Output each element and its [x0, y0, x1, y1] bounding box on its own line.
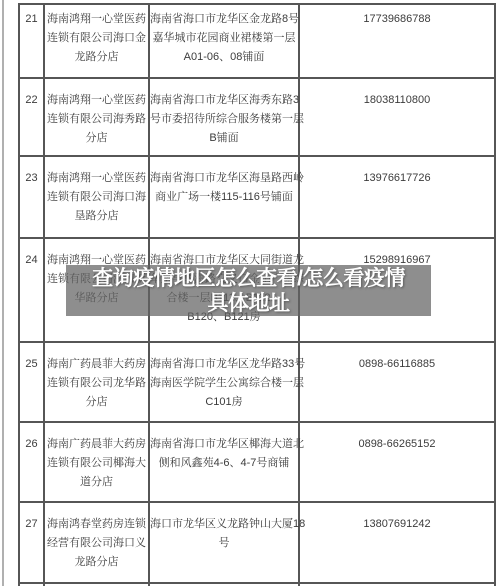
phone-cell: 13807691242 — [300, 503, 494, 582]
pharmacy-name-line: 海南鸿春堂药房连锁 — [45, 515, 148, 534]
row-number: 24 — [20, 251, 43, 270]
table-row: 27海南鸿春堂药房连锁经营有限公司海口义龙路分店海口市龙华区义龙路钟山大厦18号… — [20, 501, 494, 582]
pharmacy-name-line: 连锁有限公司龙华路 — [45, 374, 148, 393]
address-cell: 海口市龙华区义龙路钟山大厦18号 — [150, 503, 300, 582]
phone-number: 0898-66265152 — [300, 435, 494, 454]
address-line: 侧和风鑫苑4-6、4-7号商铺 — [150, 454, 298, 473]
address-line: 海南省海口市龙华区龙华路33号 — [150, 355, 298, 374]
row-number: 26 — [20, 435, 43, 454]
table-row: 22海南鸿翔一心堂医药连锁有限公司海秀路分店海南省海口市龙华区海秀东路3号市委招… — [20, 77, 494, 155]
address-cell: 海南省海口市龙华区龙华路33号海南医学院学生公寓综合楼一层C101房 — [150, 343, 300, 421]
pharmacy-name-line: 分店 — [45, 129, 148, 148]
address-line: 商业广场一楼115-116号铺面 — [150, 188, 298, 207]
address-line: 号市委招待所综合服务楼第一层 — [150, 110, 298, 129]
pharmacy-name-cell: 海南鸿翔一心堂医药连锁有限公司海秀路分店 — [45, 79, 150, 155]
phone-number: 0898-66116885 — [300, 355, 494, 374]
address-line: C101房 — [150, 393, 298, 412]
pharmacy-name-line: 分店 — [45, 393, 148, 412]
address-line: 海南省海口市龙华区海垦路西岭 — [150, 169, 298, 188]
pharmacy-name-line: 连锁有限公司海口金 — [45, 29, 148, 48]
phone-cell: 0898-66265152 — [300, 423, 494, 501]
row-number-cell: 27 — [20, 503, 45, 582]
pharmacy-name-line: 龙路分店 — [45, 48, 148, 67]
watermark-line1: 查询疫情地区怎么查看/怎么看疫情 — [66, 266, 431, 291]
row-number-cell: 25 — [20, 343, 45, 421]
pharmacy-name-line: 经营有限公司海口义 — [45, 534, 148, 553]
row-number: 25 — [20, 355, 43, 374]
pharmacy-name-cell: 海南鸿翔一心堂医药连锁有限公司海口金龙路分店 — [45, 5, 150, 77]
left-margin-line — [2, 0, 4, 586]
row-number: 27 — [20, 515, 43, 534]
pharmacy-name-line: 垦路分店 — [45, 207, 148, 226]
pharmacy-name-line: 连锁有限公司海口海 — [45, 188, 148, 207]
address-line: A01-06、08铺面 — [150, 48, 298, 67]
phone-cell: 13976617726 — [300, 157, 494, 237]
address-line: 嘉华城市花园商业裙楼第一层 — [150, 29, 298, 48]
pharmacy-name-cell: 海南广药晨菲大药房连锁有限公司椰海大道分店 — [45, 423, 150, 501]
pharmacy-name-line: 海南广药晨菲大药房 — [45, 435, 148, 454]
pharmacy-name-cell: 海南广药晨菲大药房连锁有限公司龙华路分店 — [45, 343, 150, 421]
table-row: 23海南鸿翔一心堂医药连锁有限公司海口海垦路分店海南省海口市龙华区海垦路西岭商业… — [20, 155, 494, 237]
address-line: 号 — [150, 534, 298, 553]
table-row: 26海南广药晨菲大药房连锁有限公司椰海大道分店海南省海口市龙华区椰海大道北侧和风… — [20, 421, 494, 501]
pharmacy-name-line: 海南鸿翔一心堂医药 — [45, 169, 148, 188]
row-number: 23 — [20, 169, 43, 188]
pharmacy-name-line: 龙路分店 — [45, 553, 148, 572]
phone-number: 13807691242 — [300, 515, 494, 534]
pharmacy-name-line: 海南鸿翔一心堂医药 — [45, 91, 148, 110]
watermark-overlay: 查询疫情地区怎么查看/怎么看疫情 具体地址 — [66, 265, 431, 316]
table-row-cropped — [20, 582, 494, 586]
row-number-cell: 26 — [20, 423, 45, 501]
pharmacy-name-line: 海南广药晨菲大药房 — [45, 355, 148, 374]
pharmacy-name-line: 道分店 — [45, 473, 148, 492]
address-line: 海南省海口市龙华区椰海大道北 — [150, 435, 298, 454]
table-row: 25海南广药晨菲大药房连锁有限公司龙华路分店海南省海口市龙华区龙华路33号海南医… — [20, 341, 494, 421]
pharmacy-name-cell: 海南鸿春堂药房连锁经营有限公司海口义龙路分店 — [45, 503, 150, 582]
address-cell: 海南省海口市龙华区海垦路西岭商业广场一楼115-116号铺面 — [150, 157, 300, 237]
phone-cell: 17739686788 — [300, 5, 494, 77]
address-line: 海南省海口市龙华区金龙路8号 — [150, 10, 298, 29]
row-number: 21 — [20, 10, 43, 29]
pharmacy-name-line: 连锁有限公司海秀路 — [45, 110, 148, 129]
pharmacy-name-line: 连锁有限公司椰海大 — [45, 454, 148, 473]
address-cell: 海南省海口市龙华区椰海大道北侧和风鑫苑4-6、4-7号商铺 — [150, 423, 300, 501]
row-number-cell: 23 — [20, 157, 45, 237]
address-cell: 海南省海口市龙华区海秀东路3号市委招待所综合服务楼第一层B铺面 — [150, 79, 300, 155]
pharmacy-name-line: 海南鸿翔一心堂医药 — [45, 10, 148, 29]
phone-cell: 18038110800 — [300, 79, 494, 155]
row-number-cell: 22 — [20, 79, 45, 155]
phone-number: 17739686788 — [300, 10, 494, 29]
table-row: 21海南鸿翔一心堂医药连锁有限公司海口金龙路分店海南省海口市龙华区金龙路8号嘉华… — [20, 5, 494, 77]
phone-number: 18038110800 — [300, 91, 494, 110]
address-line: 海口市龙华区义龙路钟山大厦18 — [150, 515, 298, 534]
address-cell: 海南省海口市龙华区金龙路8号嘉华城市花园商业裙楼第一层A01-06、08铺面 — [150, 5, 300, 77]
address-line: 海南医学院学生公寓综合楼一层 — [150, 374, 298, 393]
row-number-cell: 21 — [20, 5, 45, 77]
address-line: B铺面 — [150, 129, 298, 148]
address-line: 海南省海口市龙华区海秀东路3 — [150, 91, 298, 110]
watermark-line2: 具体地址 — [66, 291, 431, 316]
row-number: 22 — [20, 91, 43, 110]
row-number-cell: 24 — [20, 239, 45, 341]
pharmacy-name-cell: 海南鸿翔一心堂医药连锁有限公司海口海垦路分店 — [45, 157, 150, 237]
phone-number: 13976617726 — [300, 169, 494, 188]
phone-cell: 0898-66116885 — [300, 343, 494, 421]
